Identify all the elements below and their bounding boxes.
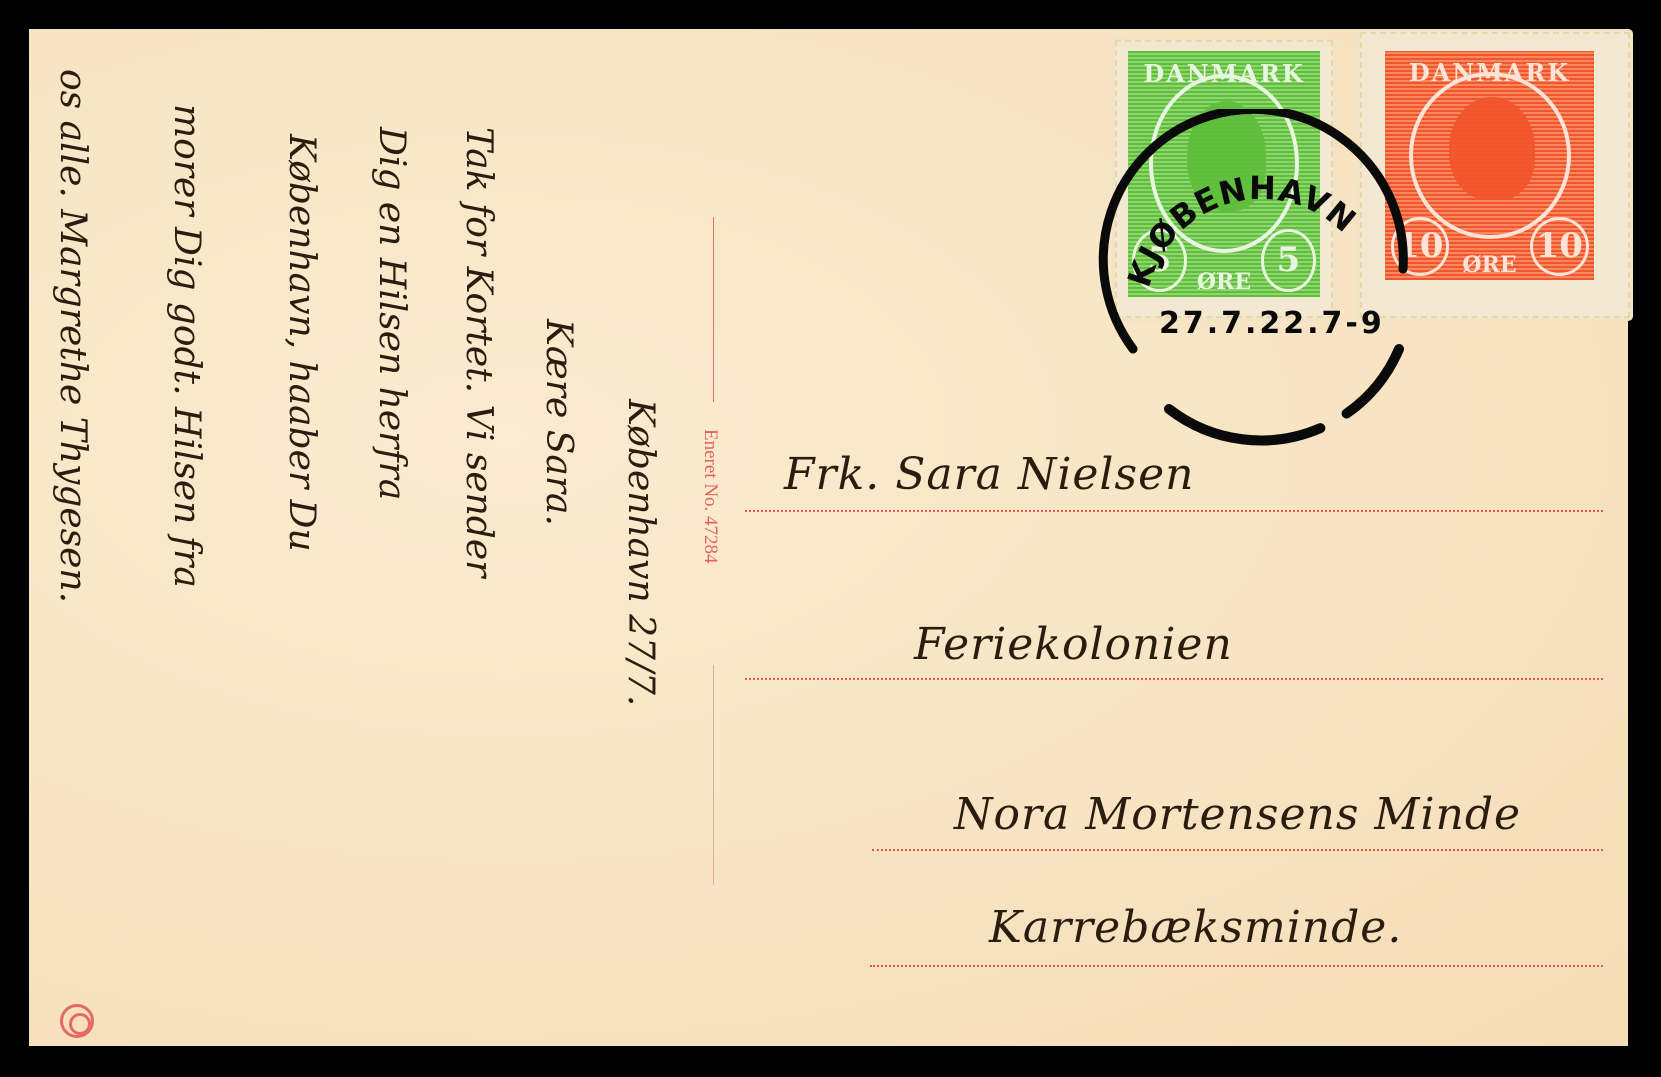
message-line: Tak for Kortet. Vi sender (458, 127, 499, 577)
stamp-country: DANMARK (1377, 58, 1602, 87)
message-place-date: København 27/7. (620, 399, 661, 706)
postcard-back: København 27/7. Kære Sara. Tak for Korte… (29, 29, 1628, 1046)
stamp-unit: ØRE (1436, 252, 1544, 278)
stamp-country: DANMARK (1120, 59, 1328, 88)
svg-text:KJØBENHAVN: KJØBENHAVN (1120, 169, 1364, 292)
postmark-city: KJØBENHAVN (1120, 169, 1364, 292)
address-guide-3 (872, 849, 1603, 851)
message-line: morer Dig godt. Hilsen fra (166, 104, 207, 588)
message-line: os alle. Margrethe Thygesen. (52, 69, 93, 603)
postmark-ring-bottom (1169, 349, 1399, 440)
address-guide-1 (745, 510, 1603, 512)
address-guide-2 (745, 678, 1603, 680)
king-portrait-icon (1449, 97, 1535, 200)
message-line: Dig en Hilsen herfra (371, 127, 412, 500)
center-divider-bottom (713, 665, 714, 885)
address-line-1: Frk. Sara Nielsen (784, 449, 1194, 500)
address-line-3: Nora Mortensens Minde (954, 789, 1521, 840)
publisher-mark: Eneret No. 47284 (699, 429, 721, 564)
message-greeting: Kære Sara. (538, 319, 579, 526)
printer-logo-icon (60, 1004, 94, 1038)
message-line: København, haaber Du (281, 134, 322, 552)
postmark-date: 27.7.22.7-9 (1159, 306, 1385, 341)
address-line-4: Karrebæksminde. (989, 902, 1402, 953)
address-line-2: Feriekolonien (914, 619, 1233, 670)
address-guide-4 (870, 965, 1603, 967)
center-divider-top (713, 217, 714, 402)
